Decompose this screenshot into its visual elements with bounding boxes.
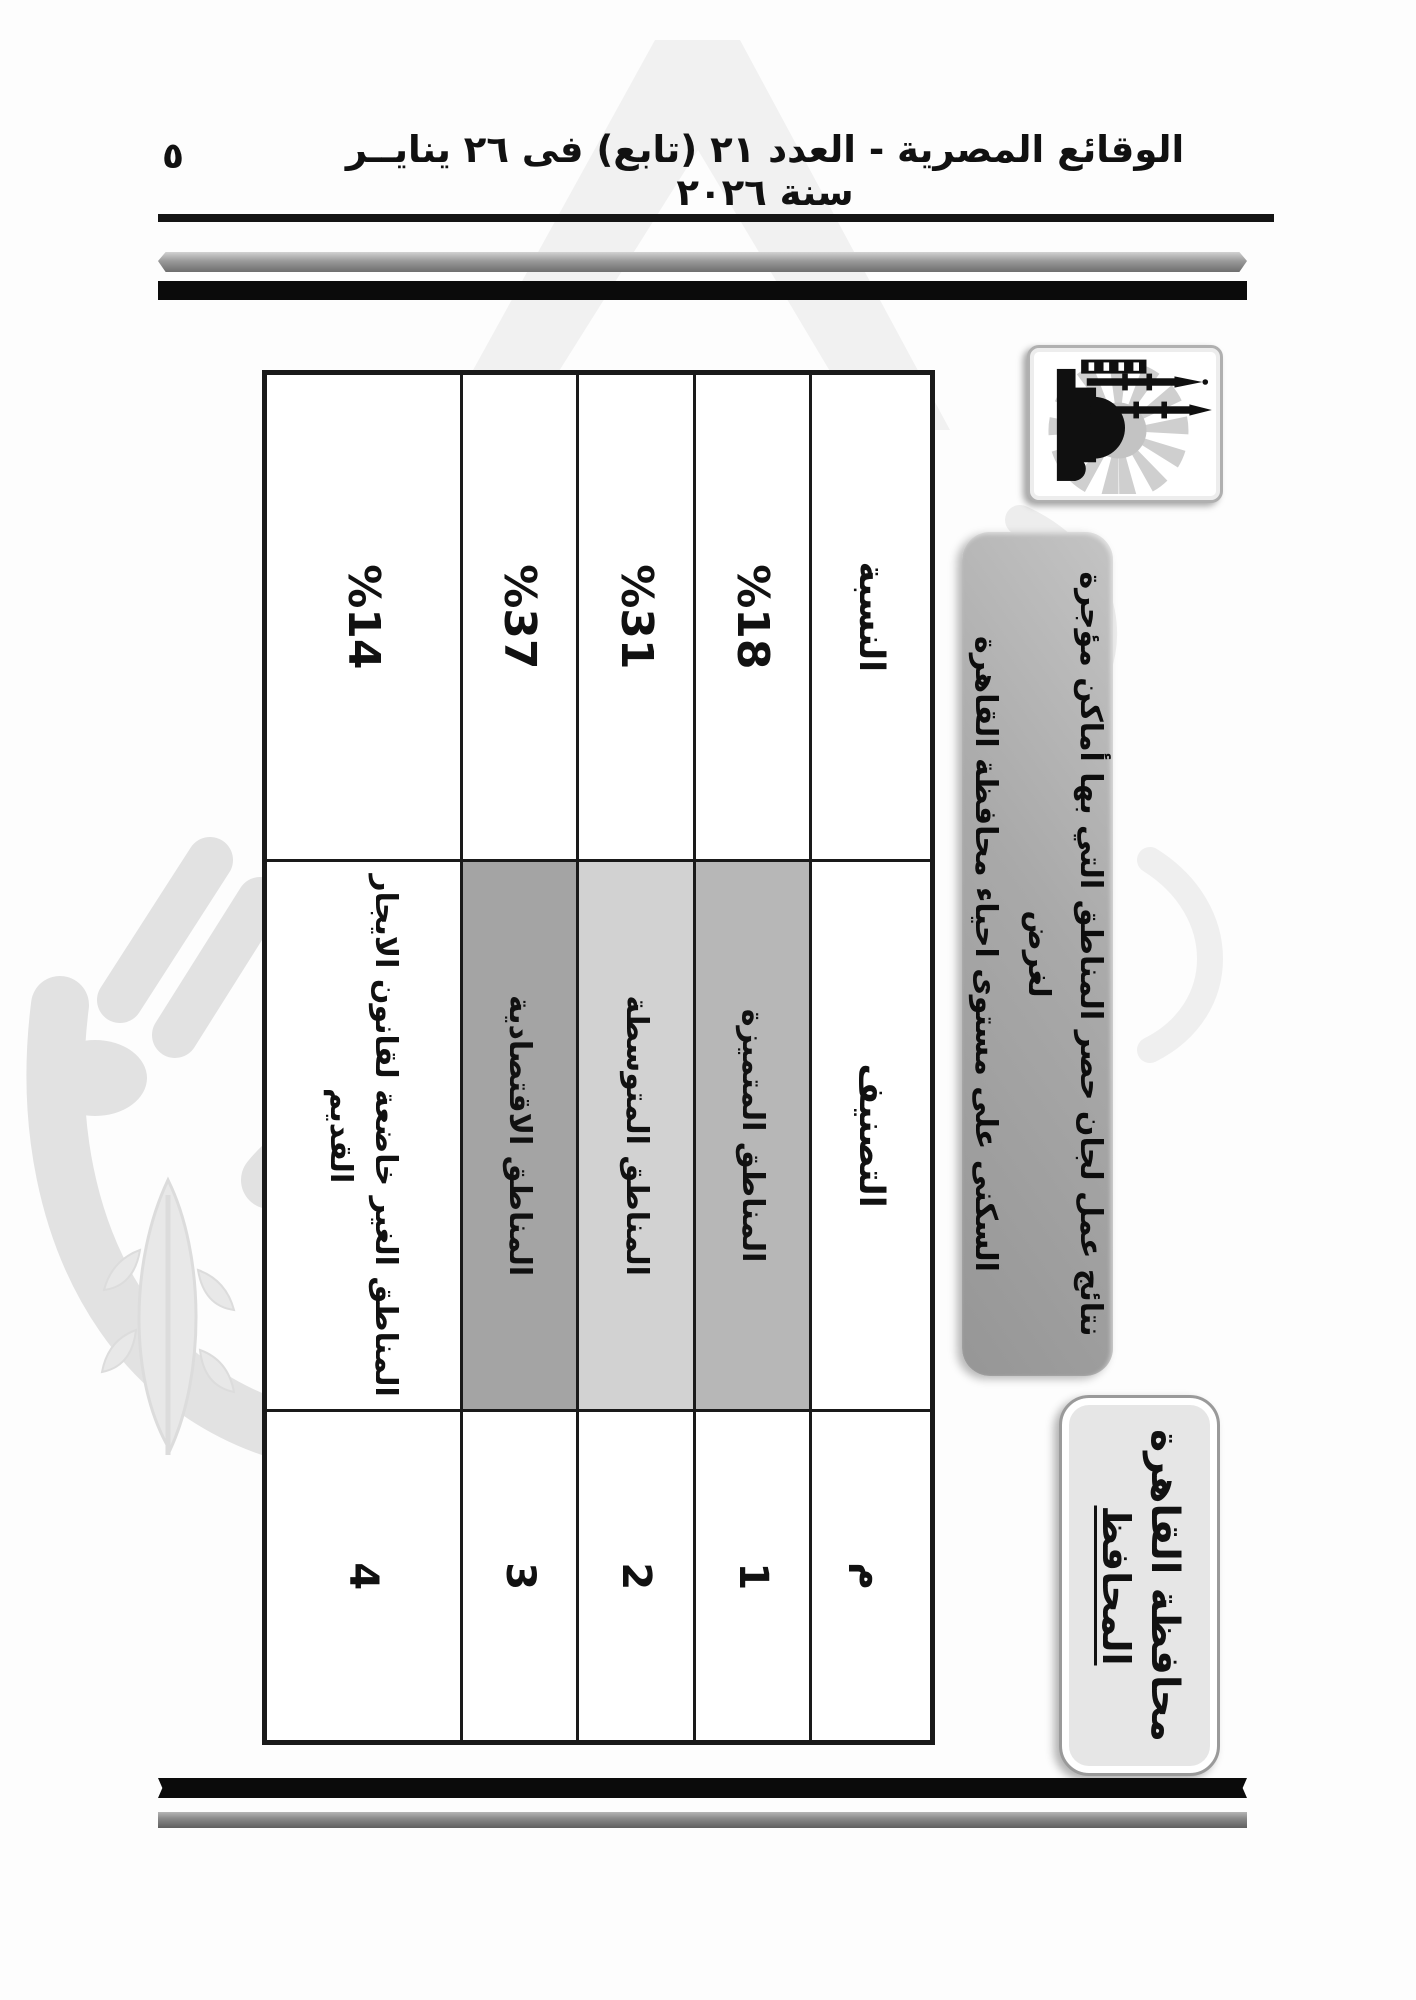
cairo-governorate-logo xyxy=(1027,345,1223,503)
cell-percentage: %14 xyxy=(265,373,462,861)
table-row: 4 المناطق الغير خاضعة لقانون الايجار الق… xyxy=(265,373,462,1743)
cell-percentage: %31 xyxy=(578,373,695,861)
bottom-black-bar xyxy=(158,1778,1247,1798)
cell-serial: 2 xyxy=(578,1411,695,1743)
governor-title: المحافظ xyxy=(1092,1506,1138,1666)
page-number: ٥ xyxy=(162,136,184,177)
cell-classification: المناطق المتميزة xyxy=(694,860,811,1411)
bottom-gray-bar xyxy=(158,1812,1247,1828)
title-line-1: نتائج عمل لجان حصر المناطق التي بها أماك… xyxy=(1011,532,1116,1376)
governorate-stamp-box: محافظة القاهرة المحافظ xyxy=(1059,1395,1220,1776)
cell-percentage: %37 xyxy=(461,373,578,861)
cell-classification: المناطق الاقتصادية xyxy=(461,860,578,1411)
journal-title-line: الوقائع المصرية - العدد ٢١ (تابع) فى ٢٦ … xyxy=(330,128,1200,214)
rotated-landscape-content: محافظة القاهرة المحافظ xyxy=(160,255,1245,1780)
table-header-row: م التصنيف النسبة xyxy=(811,373,933,1743)
governorate-name: محافظة القاهرة xyxy=(1140,1429,1187,1742)
cell-classification: المناطق المتوسطة xyxy=(578,860,695,1411)
top-black-bar xyxy=(158,281,1247,300)
cell-classification: المناطق الغير خاضعة لقانون الايجار القدي… xyxy=(265,860,462,1411)
header-rule xyxy=(158,214,1274,222)
header-serial: م xyxy=(811,1411,933,1743)
header-percentage: النسبة xyxy=(811,373,933,861)
cell-percentage: %18 xyxy=(694,373,811,861)
top-gray-bar xyxy=(158,252,1247,272)
survey-results-table: م التصنيف النسبة 1 المناطق المتميزة %18 … xyxy=(262,370,935,1745)
mosque-sunburst-icon xyxy=(1036,354,1214,494)
cell-serial: 3 xyxy=(461,1411,578,1743)
report-title-banner: نتائج عمل لجان حصر المناطق التي بها أماك… xyxy=(962,532,1113,1376)
table-row: 3 المناطق الاقتصادية %37 xyxy=(461,373,578,1743)
title-line-2: السكنى على مستوى احياء محافظة القاهرة xyxy=(959,636,1012,1272)
header-classification: التصنيف xyxy=(811,860,933,1411)
cell-serial: 4 xyxy=(265,1411,462,1743)
gazette-page: الوقائع المصرية - العدد ٢١ (تابع) فى ٢٦ … xyxy=(0,0,1416,2000)
table-row: 1 المناطق المتميزة %18 xyxy=(694,373,811,1743)
table-row: 2 المناطق المتوسطة %31 xyxy=(578,373,695,1743)
cell-serial: 1 xyxy=(694,1411,811,1743)
